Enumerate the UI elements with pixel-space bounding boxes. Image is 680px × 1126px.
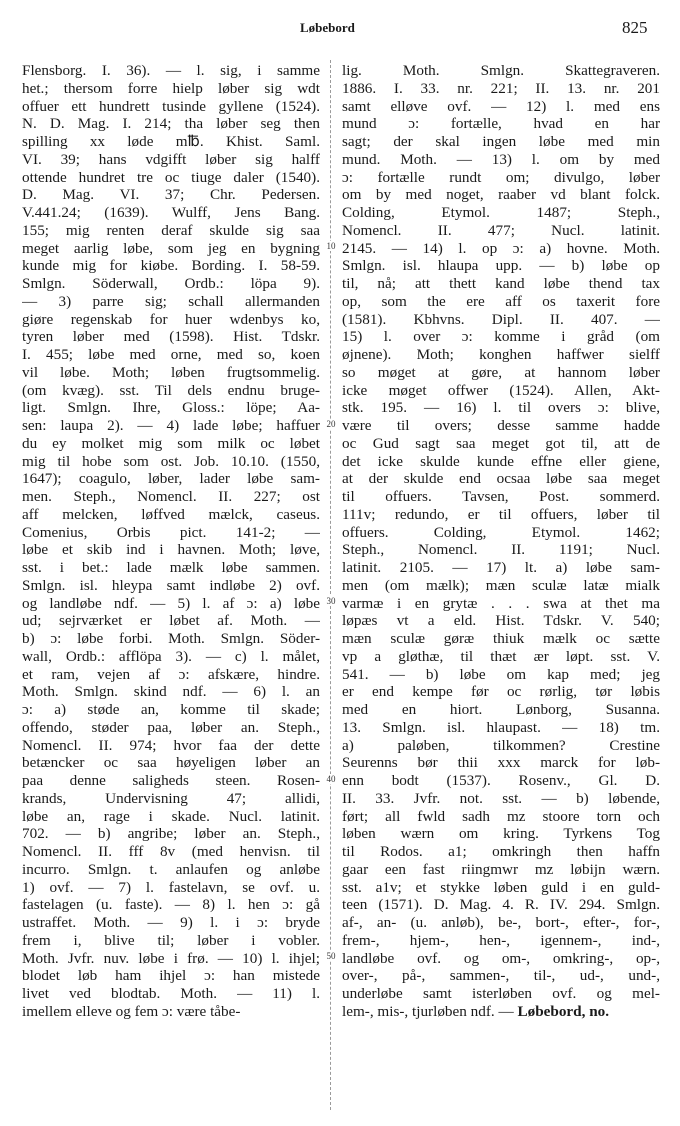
text-line: imellem elleve og fem ɔ: være tåbe- xyxy=(22,1003,320,1021)
text-line: løben wærn om kring. Tyrkens Tog xyxy=(342,825,660,843)
text-line: af-, an- (u. anløb), be-, bort-, efter-,… xyxy=(342,914,660,932)
text-line: mund ɔ: fortælle, hvad en har xyxy=(342,115,660,133)
text-line: Seurenns bør thii xxx marck for løb- xyxy=(342,754,660,772)
text-line: og landløbe ndf. — 5) l. af ɔ: a) løbe xyxy=(22,595,320,613)
text-line: er end kempe før oc rørlig, tør løbis xyxy=(342,683,660,701)
text-line: krands, Undervisning 47; allidi, xyxy=(22,790,320,808)
text-line: offendo, støder paa, løber an. Steph., xyxy=(22,719,320,737)
text-line-content: lem-, mis-, tjurløben ndf. — xyxy=(342,1003,514,1020)
text-line: sst. i bet.: lade mælk løbe sammen. xyxy=(22,559,320,577)
text-line: Smlgn. isl. hlaupa upp. — b) løbe op xyxy=(342,257,660,275)
line-number-10: 10 xyxy=(322,241,340,251)
text-line: so møget at gøre, at hannom løber xyxy=(342,364,660,382)
text-line: vp a gløthæ, til thæt ær løpt. sst. V. xyxy=(342,648,660,666)
text-line: varmæ i en grytæ . . . swa at thet ma xyxy=(342,595,660,613)
text-line: Steph., Nomencl. II. 1191; Nucl. xyxy=(342,541,660,559)
text-line: 1886. I. 33. nr. 221; II. 13. nr. 201 xyxy=(342,80,660,98)
text-line: I. 455; løbe med orne, med so, koen xyxy=(22,346,320,364)
text-line: fastelagen (u. faste). — 8) l. hen ɔ: gå xyxy=(22,896,320,914)
text-line: aff melcken, løffved mælck, caseus. xyxy=(22,506,320,524)
line-number-30: 30 xyxy=(322,596,340,606)
text-line: latinit. 2105. — 17) lt. a) løbe sam- xyxy=(342,559,660,577)
text-line: blodet løb ham ihjel ɔ: han mistede xyxy=(22,967,320,985)
text-line: 1) ovf. — 7) l. fastelavn, se ovf. u. xyxy=(22,879,320,897)
text-line: over-, på-, sammen-, til-, ud-, und-, xyxy=(342,967,660,985)
text-line: ustraffet. Moth. — 9) l. i ɔ: bryde xyxy=(22,914,320,932)
line-number-20: 20 xyxy=(322,419,340,429)
text-line: løpæs vt a eld. Hist. Tdskr. V. 540; xyxy=(342,612,660,630)
text-line: tyren løber med (1598). Hist. Tdskr. xyxy=(22,328,320,346)
text-line: VI. 39; hans vdgifft løber sig halff xyxy=(22,151,320,169)
text-line: (1581). Kbhvns. Dipl. II. 407. — xyxy=(342,311,660,329)
running-head: Løbebord xyxy=(300,20,355,36)
text-line: til Rodos. a1; omkringh then haffn xyxy=(342,843,660,861)
text-line: (om kvæg). sst. Til dels endnu bruge- xyxy=(22,382,320,400)
text-line: 111v; redundo, er til offuers, løber til xyxy=(342,506,660,524)
text-line: 13. Smlgn. isl. hlaupast. — 18) tm. xyxy=(342,719,660,737)
text-line: ɔ: fortælle rundt om; divulgo, løber xyxy=(342,169,660,187)
text-line: Smlgn. Söderwall, Ordb.: löpa 9). xyxy=(22,275,320,293)
text-line: 2145. — 14) l. op ɔ: a) hovne. Moth. xyxy=(342,240,660,258)
text-line: stk. 195. — 16) l. til overs ɔ: blive, xyxy=(342,399,660,417)
text-line: Flensborg. I. 36). — l. sig, i samme xyxy=(22,62,320,80)
text-line: teen (1571). D. Mag. 4. R. IV. 294. Smlg… xyxy=(342,896,660,914)
text-line: lig. Moth. Smlgn. Skattegraveren. xyxy=(342,62,660,80)
text-line: løbe et skib ind i havnen. Moth; løve, xyxy=(22,541,320,559)
text-line: 541. — b) løbe om kap med; jeg xyxy=(342,666,660,684)
text-line: lem-, mis-, tjurløben ndf. — Løbebord, n… xyxy=(342,1003,660,1021)
text-line: løbe an, rage i skade. Nucl. latinit. xyxy=(22,808,320,826)
text-line: giøre regenskab for huer wdenbys ko, xyxy=(22,311,320,329)
text-line: spilling xx løde m℔. Khist. Saml. xyxy=(22,133,320,151)
right-column: lig. Moth. Smlgn. Skattegraveren.1886. I… xyxy=(342,62,660,1021)
text-line: men (om mælk); mæn sculæ latæ mialk xyxy=(342,577,660,595)
text-line: incurro. Smlgn. t. anlaufen og anløbe xyxy=(22,861,320,879)
text-line: — 3) parre sig; schall allermanden xyxy=(22,293,320,311)
text-line: enn bodt (1537). Rosenv., Gl. D. xyxy=(342,772,660,790)
text-line: ligt. Smlgn. Ihre, Gloss.: löpe; Aa- xyxy=(22,399,320,417)
text-line: kunde mig for kiøbe. Bording. I. 58-59. xyxy=(22,257,320,275)
text-line: Comenius, Orbis pict. 141-2; — xyxy=(22,524,320,542)
text-line: landløbe ovf. og om-, omkring-, op-, xyxy=(342,950,660,968)
text-line: underløbe samt isterløben ovf. og mel- xyxy=(342,985,660,1003)
line-number-40: 40 xyxy=(322,774,340,784)
text-line: paa denne saligheds steen. Rosen- xyxy=(22,772,320,790)
next-headword: Løbebord, no. xyxy=(517,1003,609,1020)
text-line: Nomencl. II. 974; hvor faa der dette xyxy=(22,737,320,755)
text-line: offuers. Colding, Etymol. 1462; xyxy=(342,524,660,542)
text-line: med en hiort. Lønborg, Susanna. xyxy=(342,701,660,719)
text-line: offuer ett hundrett tusinde gyllene (152… xyxy=(22,98,320,116)
text-line: Smlgn. isl. hleypa samt indløbe 2) ovf. xyxy=(22,577,320,595)
text-line: sen: laupa 2). — 4) lade løbe; haffuer xyxy=(22,417,320,435)
text-line: ottende hundret tre oc tiuge daler (1540… xyxy=(22,169,320,187)
text-line: ud; sejrværket er løbet af. Moth. — xyxy=(22,612,320,630)
left-column: Flensborg. I. 36). — l. sig, i sammehet.… xyxy=(22,62,320,1021)
text-line: a) paløben, tilkommen? Crestine xyxy=(342,737,660,755)
text-line: samt elløve ovf. — 12) l. med ens xyxy=(342,98,660,116)
text-line: b) ɔ: løbe forbi. Moth. Smlgn. Söder- xyxy=(22,630,320,648)
text-line: 155; mig renten deraf skulde sig saa xyxy=(22,222,320,240)
text-line: Colding, Etymol. 1487; Steph., xyxy=(342,204,660,222)
text-line: Nomencl. II. 477; Nucl. latinit. xyxy=(342,222,660,240)
text-line: Moth. Smlgn. skind ndf. — 6) l. an xyxy=(22,683,320,701)
text-line: til, nå; att thett kand løbe thend tax xyxy=(342,275,660,293)
text-line: D. Mag. VI. 37; Chr. Pedersen. xyxy=(22,186,320,204)
text-line: vil løbe. Moth; løben frugtsommelig. xyxy=(22,364,320,382)
page-header: Løbebord 825 xyxy=(0,18,680,42)
text-line: om by med noget, raaber vd blant folck. xyxy=(342,186,660,204)
text-line: mæn sculæ gøræ thiuk mælk oc sætte xyxy=(342,630,660,648)
text-line: være til overs; desse samme hadde xyxy=(342,417,660,435)
text-line: betæncker oc saa høyeligen løber an xyxy=(22,754,320,772)
text-line: til offuers. Tavsen, Post. sommerd. xyxy=(342,488,660,506)
text-line: at der skulde end ocsaa løbe saa meget xyxy=(342,470,660,488)
text-line: op, som the ere aff os taxerit fore xyxy=(342,293,660,311)
text-line: du ey molket mig som milk oc løbet xyxy=(22,435,320,453)
text-line: mig til hobe som ost. Job. 10.10. (1550, xyxy=(22,453,320,471)
text-line: det icke skulde kunde effne eller giene, xyxy=(342,453,660,471)
text-line: øjnene). Moth; konghen haffwer sielff xyxy=(342,346,660,364)
line-number-50: 50 xyxy=(322,951,340,961)
text-line: ført; all fwld sadh mz stoore torn och xyxy=(342,808,660,826)
text-line: 15) l. over ɔ: komme i gråd (om xyxy=(342,328,660,346)
text-line: II. 33. Jvfr. not. sst. — b) løbende, xyxy=(342,790,660,808)
text-line: et ram, vejen af ɔ: afskære, hindre. xyxy=(22,666,320,684)
page-number: 825 xyxy=(622,18,648,38)
text-line: 702. — b) angribe; løber an. Steph., xyxy=(22,825,320,843)
text-line: frem-, hjem-, hen-, igennem-, ind-, xyxy=(342,932,660,950)
text-line: meget aarlig løbe, som jeg en bygning xyxy=(22,240,320,258)
text-line: men. Steph., Nomencl. II. 227; ost xyxy=(22,488,320,506)
text-line: icke møget offwer (1524). Allen, Akt- xyxy=(342,382,660,400)
text-line: V.441.24; (1639). Wulff, Jens Bang. xyxy=(22,204,320,222)
text-line: ɔ: a) støde an, komme til skade; xyxy=(22,701,320,719)
text-line: mund. Moth. — 13) l. om by med xyxy=(342,151,660,169)
text-line: livet ved blodtab. Moth. — 11) l. xyxy=(22,985,320,1003)
text-line: frem i, blive til; løber i vobler. xyxy=(22,932,320,950)
text-line: oc Gud sagt saa meget got til, att de xyxy=(342,435,660,453)
text-line: sagt; der skal ingen løbe med min xyxy=(342,133,660,151)
text-line: Moth. Jvfr. nuv. løbe i frø. — 10) l. ih… xyxy=(22,950,320,968)
text-line: 1647); coagulo, løber, lader løbe sam- xyxy=(22,470,320,488)
text-line: wall, Ordb.: afflöpa 3). — c) l. målet, xyxy=(22,648,320,666)
text-line: sst. a1v; et stykke løben guld i en guld… xyxy=(342,879,660,897)
text-line: het.; thersom forre hielp løber sig wdt xyxy=(22,80,320,98)
text-line: Nomencl. II. fff 8v (med henvisn. til xyxy=(22,843,320,861)
text-line: N. D. Mag. I. 214; tha løber seg then xyxy=(22,115,320,133)
text-line: gaar een fast riingmwr mz løbijn wærn. xyxy=(342,861,660,879)
